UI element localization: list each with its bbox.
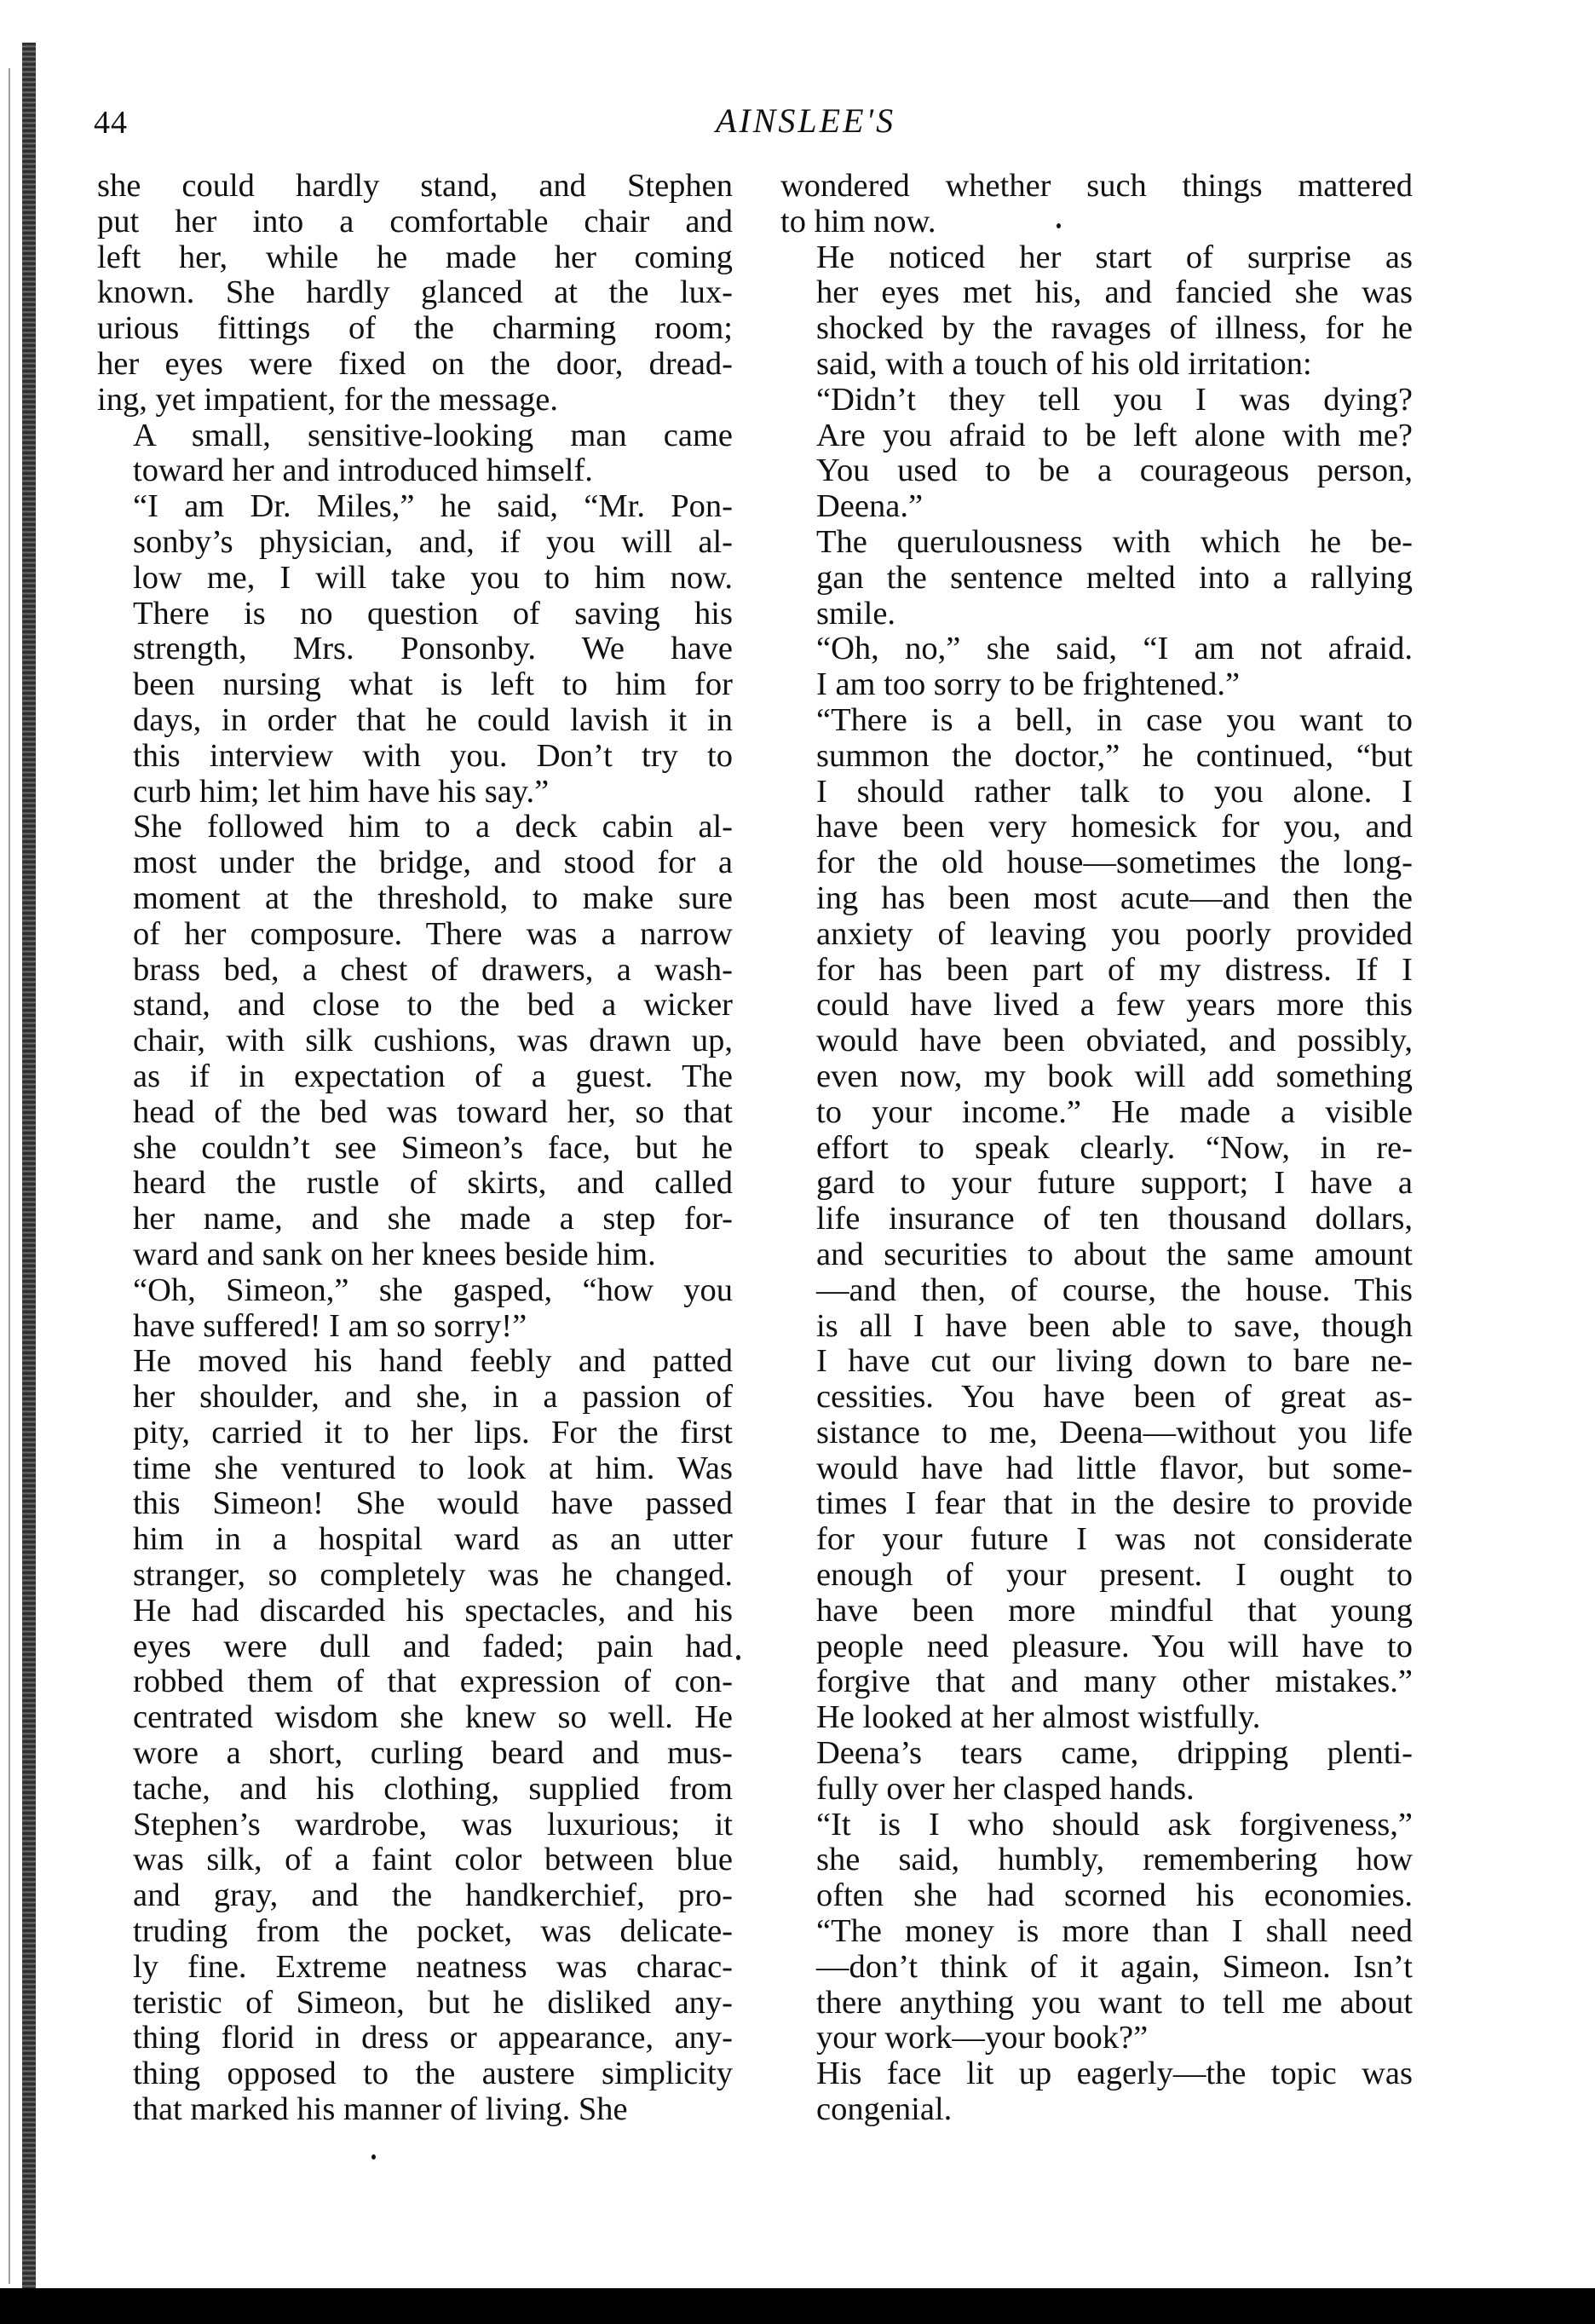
text-line: She followed him to a deck cabin al- bbox=[97, 810, 733, 845]
text-line: sistance to me, Deena—without you life bbox=[780, 1416, 1413, 1451]
text-line: wondered whether such things mattered bbox=[780, 169, 1413, 205]
text-line: truding from the pocket, was delicate- bbox=[97, 1914, 733, 1950]
paragraph: “I am Dr. Miles,” he said, “Mr. Pon-sonb… bbox=[97, 489, 733, 810]
paragraph: She followed him to a deck cabin al-most… bbox=[97, 810, 733, 1272]
text-line: moment at the threshold, to make sure bbox=[97, 881, 733, 917]
text-line: been nursing what is left to him for bbox=[97, 667, 733, 703]
text-line: The querulousness with which he be- bbox=[780, 525, 1413, 561]
text-line: He moved his hand feebly and patted bbox=[97, 1344, 733, 1380]
text-line: His face lit up eagerly—the topic was bbox=[780, 2056, 1413, 2092]
text-line: You used to be a courageous person, bbox=[780, 453, 1413, 489]
text-line: stranger, so completely was he changed. bbox=[97, 1558, 733, 1594]
text-line: to your income.” He made a visible bbox=[780, 1095, 1413, 1131]
text-line: she said, humbly, remembering how bbox=[780, 1842, 1413, 1878]
text-line: said, with a touch of his old irritation… bbox=[780, 347, 1413, 383]
text-line: “I am Dr. Miles,” he said, “Mr. Pon- bbox=[97, 489, 733, 525]
text-line: and securities to about the same amount bbox=[780, 1237, 1413, 1273]
text-line: she could hardly stand, and Stephen bbox=[97, 169, 733, 205]
text-line: this Simeon! She would have passed bbox=[97, 1486, 733, 1522]
paragraph: He moved his hand feebly and pattedher s… bbox=[97, 1344, 733, 2128]
text-line: “It is I who should ask forgiveness,” bbox=[780, 1808, 1413, 1843]
paragraph: A small, sensitive-looking man cametowar… bbox=[97, 418, 733, 490]
paragraph: He noticed her start of surprise asher e… bbox=[780, 240, 1413, 383]
text-line: was silk, of a faint color between blue bbox=[97, 1842, 733, 1878]
text-line: her eyes were fixed on the door, dread- bbox=[97, 347, 733, 383]
text-line: summon the doctor,” he continued, “but bbox=[780, 739, 1413, 775]
text-line: gard to your future support; I have a bbox=[780, 1166, 1413, 1202]
page-binding-edge bbox=[22, 43, 36, 2292]
paragraph: “Didn’t they tell you I was dying?Are yo… bbox=[780, 383, 1413, 525]
paragraph: “It is I who should ask forgiveness,”she… bbox=[780, 1808, 1413, 2057]
text-line: she couldn’t see Simeon’s face, but he bbox=[97, 1131, 733, 1167]
text-line: wore a short, curling beard and mus- bbox=[97, 1736, 733, 1772]
text-line: He noticed her start of surprise as bbox=[780, 240, 1413, 276]
paragraph: she could hardly stand, and Stephenput h… bbox=[97, 169, 733, 418]
print-speck bbox=[1057, 223, 1061, 228]
paragraph: His face lit up eagerly—the topic wascon… bbox=[780, 2056, 1413, 2128]
text-line: “The money is more than I shall need bbox=[780, 1914, 1413, 1950]
text-line: this interview with you. Don’t try to bbox=[97, 739, 733, 775]
text-line: life insurance of ten thousand dollars, bbox=[780, 1202, 1413, 1237]
text-line: often she had scorned his economies. bbox=[780, 1878, 1413, 1914]
text-line: fully over her clasped hands. bbox=[780, 1772, 1413, 1808]
text-line: cessities. You have been of great as- bbox=[780, 1380, 1413, 1416]
text-line: ward and sank on her knees beside him. bbox=[97, 1237, 733, 1273]
text-line: to him now. bbox=[780, 205, 1413, 240]
text-line: your work—your book?” bbox=[780, 2021, 1413, 2056]
text-line: head of the bed was toward her, so that bbox=[97, 1095, 733, 1131]
text-line: ing, yet impatient, for the message. bbox=[97, 383, 733, 418]
text-line: “Didn’t they tell you I was dying? bbox=[780, 383, 1413, 418]
running-title: AINSLEE'S bbox=[716, 101, 895, 141]
text-line: “There is a bell, in case you want to bbox=[780, 703, 1413, 739]
text-line: thing florid in dress or appearance, any… bbox=[97, 2021, 733, 2056]
text-line: as if in expectation of a guest. The bbox=[97, 1059, 733, 1095]
text-line: known. She hardly glanced at the lux- bbox=[97, 275, 733, 311]
text-line: chair, with silk cushions, was drawn up, bbox=[97, 1024, 733, 1059]
text-line: for your future I was not considerate bbox=[780, 1522, 1413, 1558]
text-line: heard the rustle of skirts, and called bbox=[97, 1166, 733, 1202]
text-line: centrated wisdom she knew so well. He bbox=[97, 1700, 733, 1736]
text-line: there anything you want to tell me about bbox=[780, 1986, 1413, 2021]
text-line: times I fear that in the desire to provi… bbox=[780, 1486, 1413, 1522]
text-line: I am too sorry to be frightened.” bbox=[780, 667, 1413, 703]
text-line: could have lived a few years more this bbox=[780, 988, 1413, 1024]
text-line: He had discarded his spectacles, and his bbox=[97, 1594, 733, 1629]
text-line: —don’t think of it again, Simeon. Isn’t bbox=[780, 1950, 1413, 1986]
text-line: and gray, and the handkerchief, pro- bbox=[97, 1878, 733, 1914]
text-line: low me, I will take you to him now. bbox=[97, 561, 733, 597]
text-line: have been more mindful that young bbox=[780, 1594, 1413, 1629]
text-line: her name, and she made a step for- bbox=[97, 1202, 733, 1237]
paragraph: Deena’s tears came, dripping plenti-full… bbox=[780, 1736, 1413, 1808]
text-line: sonby’s physician, and, if you will al- bbox=[97, 525, 733, 561]
text-line: —and then, of course, the house. This bbox=[780, 1273, 1413, 1309]
text-line: people need pleasure. You will have to bbox=[780, 1629, 1413, 1665]
text-line: of her composure. There was a narrow bbox=[97, 917, 733, 953]
text-line: “Oh, no,” she said, “I am not afraid. bbox=[780, 631, 1413, 667]
text-line: shocked by the ravages of illness, for h… bbox=[780, 311, 1413, 347]
text-line: eyes were dull and faded; pain had bbox=[97, 1629, 733, 1665]
text-line: tache, and his clothing, supplied from bbox=[97, 1772, 733, 1808]
text-line: strength, Mrs. Ponsonby. We have bbox=[97, 631, 733, 667]
text-line: is all I have been able to save, though bbox=[780, 1309, 1413, 1345]
text-line: her shoulder, and she, in a passion of bbox=[97, 1380, 733, 1416]
left-text-column: she could hardly stand, and Stephenput h… bbox=[97, 169, 733, 2128]
text-line: Deena.” bbox=[780, 489, 1413, 525]
print-speck bbox=[736, 1655, 740, 1660]
text-line: I should rather talk to you alone. I bbox=[780, 775, 1413, 810]
text-line: him in a hospital ward as an utter bbox=[97, 1522, 733, 1558]
text-line: have suffered! I am so sorry!” bbox=[97, 1309, 733, 1345]
text-line: urious fittings of the charming room; bbox=[97, 311, 733, 347]
text-line: that marked his manner of living. She bbox=[97, 2092, 733, 2128]
text-line: days, in order that he could lavish it i… bbox=[97, 703, 733, 739]
text-line: stand, and close to the bed a wicker bbox=[97, 988, 733, 1024]
text-line: brass bed, a chest of drawers, a wash- bbox=[97, 953, 733, 989]
text-line: Stephen’s wardrobe, was luxurious; it bbox=[97, 1808, 733, 1843]
text-line: Deena’s tears came, dripping plenti- bbox=[780, 1736, 1413, 1772]
text-line: would have had little flavor, but some- bbox=[780, 1451, 1413, 1487]
text-line: curb him; let him have his say.” bbox=[97, 775, 733, 810]
text-line: He looked at her almost wistfully. bbox=[780, 1700, 1413, 1736]
paragraph: “There is a bell, in case you want tosum… bbox=[780, 703, 1413, 1736]
print-speck bbox=[371, 2154, 376, 2160]
text-line: toward her and introduced himself. bbox=[97, 453, 733, 489]
text-line: anxiety of leaving you poorly provided bbox=[780, 917, 1413, 953]
page-binding-shadow bbox=[9, 68, 10, 2284]
text-line: There is no question of saving his bbox=[97, 597, 733, 632]
text-line: would have been obviated, and possibly, bbox=[780, 1024, 1413, 1059]
paragraph: The querulousness with which he be-gan t… bbox=[780, 525, 1413, 631]
text-line: effort to speak clearly. “Now, in re- bbox=[780, 1131, 1413, 1167]
text-line: left her, while he made her coming bbox=[97, 240, 733, 276]
text-line: her eyes met his, and fancied she was bbox=[780, 275, 1413, 311]
text-line: ing has been most acute—and then the bbox=[780, 881, 1413, 917]
text-line: even now, my book will add something bbox=[780, 1059, 1413, 1095]
paragraph: wondered whether such things matteredto … bbox=[780, 169, 1413, 240]
page-header: 44 AINSLEE'S bbox=[0, 101, 1595, 152]
text-line: A small, sensitive-looking man came bbox=[97, 418, 733, 454]
text-line: have been very homesick for you, and bbox=[780, 810, 1413, 845]
text-line: “Oh, Simeon,” she gasped, “how you bbox=[97, 1273, 733, 1309]
text-line: teristic of Simeon, but he disliked any- bbox=[97, 1986, 733, 2021]
text-line: time she ventured to look at him. Was bbox=[97, 1451, 733, 1487]
text-line: ly fine. Extreme neatness was charac- bbox=[97, 1950, 733, 1986]
text-line: congenial. bbox=[780, 2092, 1413, 2128]
text-line: robbed them of that expression of con- bbox=[97, 1664, 733, 1700]
text-line: Are you afraid to be left alone with me? bbox=[780, 418, 1413, 454]
text-line: I have cut our living down to bare ne- bbox=[780, 1344, 1413, 1380]
text-line: enough of your present. I ought to bbox=[780, 1558, 1413, 1594]
text-line: for the old house—sometimes the long- bbox=[780, 845, 1413, 881]
text-line: forgive that and many other mistakes.” bbox=[780, 1664, 1413, 1700]
right-text-column: wondered whether such things matteredto … bbox=[780, 169, 1413, 2128]
scan-bottom-edge bbox=[0, 2288, 1595, 2324]
text-line: thing opposed to the austere simplicity bbox=[97, 2056, 733, 2092]
page-number: 44 bbox=[94, 104, 128, 141]
text-line: smile. bbox=[780, 597, 1413, 632]
text-line: pity, carried it to her lips. For the fi… bbox=[97, 1416, 733, 1451]
text-line: most under the bridge, and stood for a bbox=[97, 845, 733, 881]
text-line: for has been part of my distress. If I bbox=[780, 953, 1413, 989]
text-line: gan the sentence melted into a rallying bbox=[780, 561, 1413, 597]
paragraph: “Oh, Simeon,” she gasped, “how youhave s… bbox=[97, 1273, 733, 1345]
paragraph: “Oh, no,” she said, “I am not afraid.I a… bbox=[780, 631, 1413, 703]
text-line: put her into a comfortable chair and bbox=[97, 205, 733, 240]
